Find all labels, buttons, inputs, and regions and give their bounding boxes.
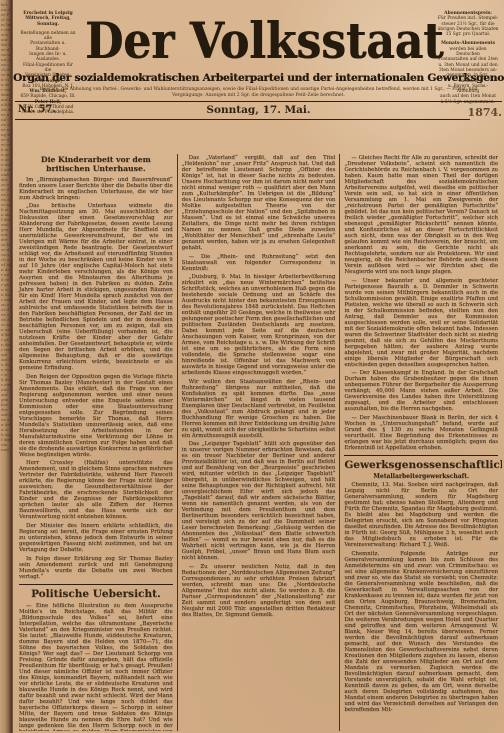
- article-paragraph: Das „Vaterland“ vergißt, daß auf den Tit…: [182, 155, 336, 251]
- issue-year: 1874.: [468, 106, 502, 119]
- article-paragraph: In Folge dieser Erklärung zog Sir Thomas…: [19, 556, 173, 580]
- newspaper-title: Der Volksstaat: [85, 0, 432, 67]
- subscription-price-line: Monats-Abonnements: [437, 41, 499, 46]
- publication-info-line: Vereinigten Staaten:: [20, 73, 76, 78]
- article-paragraph: — Unser bekannter und allgemein geachtet…: [344, 278, 498, 368]
- article-paragraph: Wir wollen den Staatsanwälten der „Rhein…: [182, 379, 336, 439]
- article-paragraph: — Zu unserer neulichen Notiz, daß in den…: [182, 564, 336, 618]
- edge-bleed-text: ket un der Pol vom ber ein sch auf die t…: [0, 0, 12, 454]
- publication-info-line: Filial-Expeditionen für die: [20, 63, 76, 74]
- subsection-heading: Metallarbeitergewerkschaft.: [344, 474, 498, 481]
- column-3: — Gleiches Recht für Alle zu garantiren,…: [339, 154, 502, 731]
- article-paragraph: — Der Maschinenbauer Blank in Berlin, de…: [344, 415, 498, 451]
- article-paragraph: Das „Leipziger Tageblatt“ hüllt sich geg…: [182, 441, 336, 561]
- column-2: Das „Vaterland“ vergißt, daß auf den Tit…: [177, 154, 340, 731]
- article-paragraph: — Gleiches Recht für Alle zu garantiren,…: [344, 155, 498, 275]
- article-paragraph: Chemnitz. Folgende Anträge zur Generalve…: [344, 551, 498, 713]
- newspaper-subtitle: Organ der sozialdemokratischen Arbeiterp…: [13, 72, 504, 84]
- article-paragraph: „Das britische Unterhaus widmete die Nac…: [19, 203, 173, 371]
- article-paragraph: — Der Klassenkampf in England. In der Gr…: [344, 370, 498, 412]
- section-heading: Politische Uebersicht.: [19, 584, 173, 600]
- advertising-notice: Inserate, die Abholung von Partei-, Gewe…: [27, 87, 490, 98]
- dateline: Nr. 57. Sonntag, 17. Mai. 1874.: [15, 101, 502, 119]
- issue-date: Sonntag, 17. Mai.: [15, 104, 502, 116]
- article-paragraph: — Eine höfliche Illustration zu dem Auss…: [19, 603, 173, 731]
- subscription-price-line: auch auf den 1ten Monat: [437, 94, 499, 99]
- subscription-price-line: werden bei allen Deutschen: [437, 47, 499, 58]
- article-columns: Die Kinderarbeit vor dem britischen Unte…: [15, 154, 502, 731]
- subscription-price-line: Postanstalten auf den 2ten: [437, 57, 499, 62]
- scan-edge-strip: ket un der Pol vom ber ein sch auf die t…: [0, 0, 13, 733]
- article-paragraph: Herr Crossley (Halifax) unterstützte das…: [19, 460, 173, 520]
- subscription-price-line: 15 Sgr. pro Quartal.: [437, 32, 499, 37]
- publication-info-line: Mittwoch, Freitag, Sonntag.: [20, 16, 76, 27]
- article-headline: Die Kinderarbeit vor dem britischen Unte…: [19, 156, 173, 173]
- subscription-price-line: Für Preußen incl. Stempel-: [437, 16, 499, 21]
- publication-info-line: lungen des In- u. Auslandes.: [20, 52, 76, 63]
- article-paragraph: Der Minister des Innern erklärte schließ…: [19, 523, 173, 553]
- column-1: Die Kinderarbeit vor dem britischen Unte…: [15, 154, 177, 731]
- masthead: Erscheint in LeipzigMittwoch, Freitag, S…: [13, 0, 504, 152]
- newspaper-page: Erscheint in LeipzigMittwoch, Freitag, S…: [13, 0, 504, 733]
- article-paragraph: Den Reigen der Opposition gegen die Vorl…: [19, 374, 173, 458]
- publication-info-box: Erscheint in LeipzigMittwoch, Freitag, S…: [20, 11, 76, 116]
- publication-info-line: Postanstalten u. Buchhand-: [20, 41, 76, 52]
- subscription-price-box: Abonnementspreis:Für Preußen incl. Stemp…: [437, 11, 499, 105]
- subscription-price-line: u. Bayern, Sachs.-Altenburg: [437, 84, 499, 95]
- article-paragraph: „Duisburg, 9. Mai. In hiesiger Arbeiterb…: [182, 274, 336, 376]
- article-paragraph: Chemnitz, 13. Mai. Soeben wird nachgetra…: [344, 482, 498, 548]
- article-paragraph: Im „Birminghamschen Bürger- und Bauernfr…: [19, 177, 173, 201]
- publication-info-line: 659 Rapide, Chicago, Ill.: [20, 94, 76, 99]
- article-paragraph: — Die „Rhein- und Ruhrzeitung“ setzt den…: [182, 254, 336, 272]
- subscription-price-line: genommen, in Sgr., Sachsen: [437, 73, 499, 84]
- publication-info-line: Bestellungen nehmen an alle: [20, 31, 76, 42]
- section-heading: Gewerksgenossenschaftliches.: [344, 455, 498, 471]
